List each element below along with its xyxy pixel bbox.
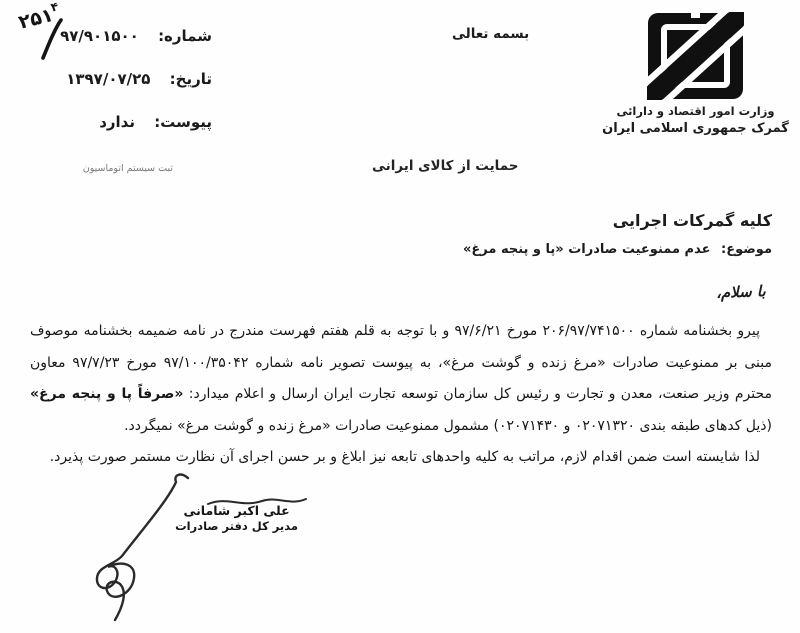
recipient-heading: کلیه گمرکات اجرایی — [613, 211, 772, 230]
letter-body: پیرو بخشنامه شماره ۲۰۶/۹۷/۷۴۱۵۰۰ مورخ ۹۷… — [30, 316, 772, 474]
organization-name: گمرک جمهوری اسلامی ایران — [598, 121, 793, 136]
year-slogan: حمایت از کالای ایرانی — [372, 158, 519, 174]
subject-text: عدم ممنوعیت صادرات «پا و پنجه مرغ» — [463, 242, 710, 257]
scanned-letter-page: ۲۵۱۴ شماره: ۹۷/۹۰۱۵۰۰ تاریخ: ۱۳۹۷/۰۷/۲۵ … — [0, 0, 800, 633]
salutation: با سلام، — [716, 282, 766, 302]
letter-date-label: تاریخ: — [170, 70, 212, 88]
letter-date-row: تاریخ: ۱۳۹۷/۰۷/۲۵ — [66, 70, 212, 88]
body-paragraph-1-emphasis: «صرفاً پا و پنجه مرغ» — [30, 386, 183, 402]
letter-attachment-value: ندارد — [99, 113, 135, 131]
ministry-name: وزارت امور اقتصاد و دارائی — [598, 104, 793, 118]
body-paragraph-1: پیرو بخشنامه شماره ۲۰۶/۹۷/۷۴۱۵۰۰ مورخ ۹۷… — [30, 316, 772, 442]
handwritten-signature — [70, 468, 330, 633]
letter-attachment-row: پیوست: ندارد — [99, 113, 212, 131]
body-paragraph-1-continuation: (ذیل کدهای طبقه بندی ۰۲۰۷۱۳۲۰ و ۰۲۰۷۱۴۳۰… — [124, 418, 772, 434]
letter-date-value: ۱۳۹۷/۰۷/۲۵ — [66, 70, 150, 88]
subject-label: موضوع: — [721, 242, 772, 257]
letter-number-value: ۹۷/۹۰۱۵۰۰ — [60, 27, 139, 45]
letter-number-row: شماره: ۹۷/۹۰۱۵۰۰ — [60, 27, 212, 45]
bismillah-heading: بسمه تعالی — [452, 26, 529, 42]
letterhead-block: وزارت امور اقتصاد و دارائی گمرک جمهوری ا… — [598, 12, 793, 136]
letter-attachment-label: پیوست: — [154, 113, 212, 131]
subject-line: موضوع: عدم ممنوعیت صادرات «پا و پنجه مرغ… — [463, 242, 772, 257]
automation-system-note: ثبت سیستم اتوماسیون — [83, 163, 173, 174]
iran-customs-logo-icon — [647, 12, 744, 100]
letter-number-label: شماره: — [158, 27, 212, 45]
